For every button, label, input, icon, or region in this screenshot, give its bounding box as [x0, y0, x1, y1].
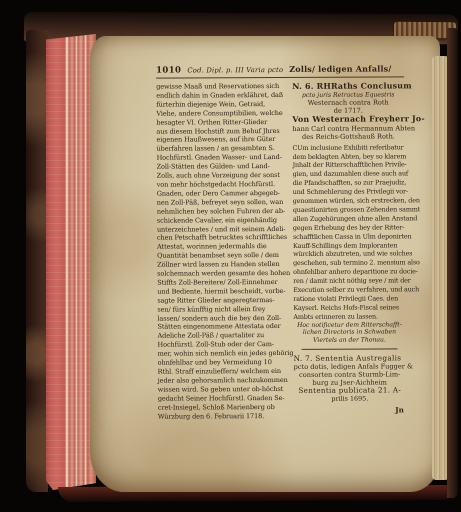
text-line: gegen Erhebung des bey der Ritter- — [293, 223, 405, 232]
header-title-latin: Cod. Dipl. p. III Varia pcto — [187, 66, 283, 75]
text-line: nehmlichen bey solchen Fuhren der ab- — [157, 207, 285, 217]
section-6-party-line-3: des Reichs-Gottshauß Roth. — [292, 132, 404, 141]
text-line: fürterhin diejenige Wein, Getraid, — [156, 100, 284, 110]
section-divider-rule — [301, 348, 397, 350]
section-7-heading: N. 7. Sententia Austregalis — [294, 353, 406, 363]
folio-number: 1010 — [156, 66, 181, 76]
text-line: gedacht Seiner Hochfürstl. Gnaden Se- — [158, 394, 286, 404]
catchword: Jn — [294, 405, 406, 415]
text-line: ratione violati Privilegii Caes. den — [293, 294, 405, 303]
text-line: endlich dahin in Gnaden erklähret, daß — [156, 91, 284, 101]
text-line: und Bediente, hiermit bescheidt, vorbe- — [157, 287, 285, 297]
section-7-publication-line-1: Sententia publicata 21. A- — [294, 386, 406, 395]
section-7-body: pcto dotis, ledigen Anfals Fugger &conso… — [294, 362, 406, 387]
section-6-party-line-2: hann Carl contra Hermannum Abten — [292, 124, 404, 133]
two-column-text: gewisse Maaß und Reservationes sichendli… — [156, 81, 406, 421]
left-text-column: gewisse Maaß und Reservationes sichendli… — [156, 82, 286, 421]
text-line: wissen wird. So geben unter ob-höchst — [158, 385, 286, 395]
text-line: sagte Ritter Glieder angeregtermas- — [157, 296, 285, 306]
section-6-body: CUm inclusione Exhibiti referibaturdem b… — [292, 143, 405, 322]
section-6-case-parties: Westernach contra Roth — [292, 98, 404, 107]
header-title-fraktur: Zolls/ ledigen Anfalls/ — [289, 63, 391, 74]
printed-text-block: 1010 Cod. Dipl. p. III Varia pcto Zolls/… — [156, 63, 406, 421]
red-stained-fore-edge — [46, 34, 96, 490]
text-line: allen Zugehörungen ohne allen Anstand — [293, 214, 405, 223]
section-6-notification: Hoc notificetur dem Ritterschafft-lichen… — [293, 321, 405, 344]
text-line: jeder also gehorsamlich nachzukommen — [158, 376, 286, 386]
text-line: Gnaden, oder Dero Cammer abgegeb- — [157, 189, 285, 199]
section-6-party-line-1: Von Westernach Freyherr Jo- — [292, 114, 404, 124]
text-line: quaestionirten grossen Zehenden sammt — [293, 205, 405, 214]
text-line: schickende Cavalier, ein eigenhändig — [157, 216, 285, 226]
book-spine-left — [26, 30, 48, 492]
text-line: besagter VI. Orthen Ritter-Glieder — [156, 118, 284, 128]
book-cover-right-edge — [447, 28, 458, 498]
text-line: consorten contra Sturmb-Lim- — [294, 370, 406, 379]
text-line: schafftlichen Cassa in Ulm deponirten — [293, 232, 405, 241]
section-6-heading: N. 6. RHRaths Conclusum — [292, 81, 404, 91]
text-line: cret-Insiegel, Schloß Marienberg ob — [158, 403, 286, 413]
text-line: nen Zoll-Päß, befreyet seyn sollen, wan — [157, 198, 285, 208]
text-line: Viehe, andere Consumptibilien, welche — [156, 109, 284, 119]
running-header: 1010 Cod. Dipl. p. III Varia pcto Zolls/… — [156, 63, 404, 75]
text-line: Stiffts Zoll-Bereitere/ Zoll-Einnehmer — [157, 278, 285, 288]
text-line: Kayserl. Reichs Hofs-Fiscal seines — [293, 303, 405, 312]
header-rule — [156, 76, 404, 78]
right-text-column: N. 6. RHRaths Conclusum pcto juris Retra… — [292, 81, 406, 420]
text-line: lichen Directoris in Schwaben — [293, 329, 405, 337]
text-line: Stätten eingenommene Attestata oder — [157, 322, 285, 332]
text-line: pcto dotis, ledigen Anfals Fugger & — [294, 362, 406, 371]
text-line: Viertels an der Thonau. — [293, 336, 405, 344]
section-7-publication-line-2: prilis 1695. — [294, 394, 406, 403]
text-line: Würzburg den 6. Februarii 1718. — [158, 412, 286, 422]
text-line: CUm inclusione Exhibiti referibatur — [292, 143, 404, 152]
